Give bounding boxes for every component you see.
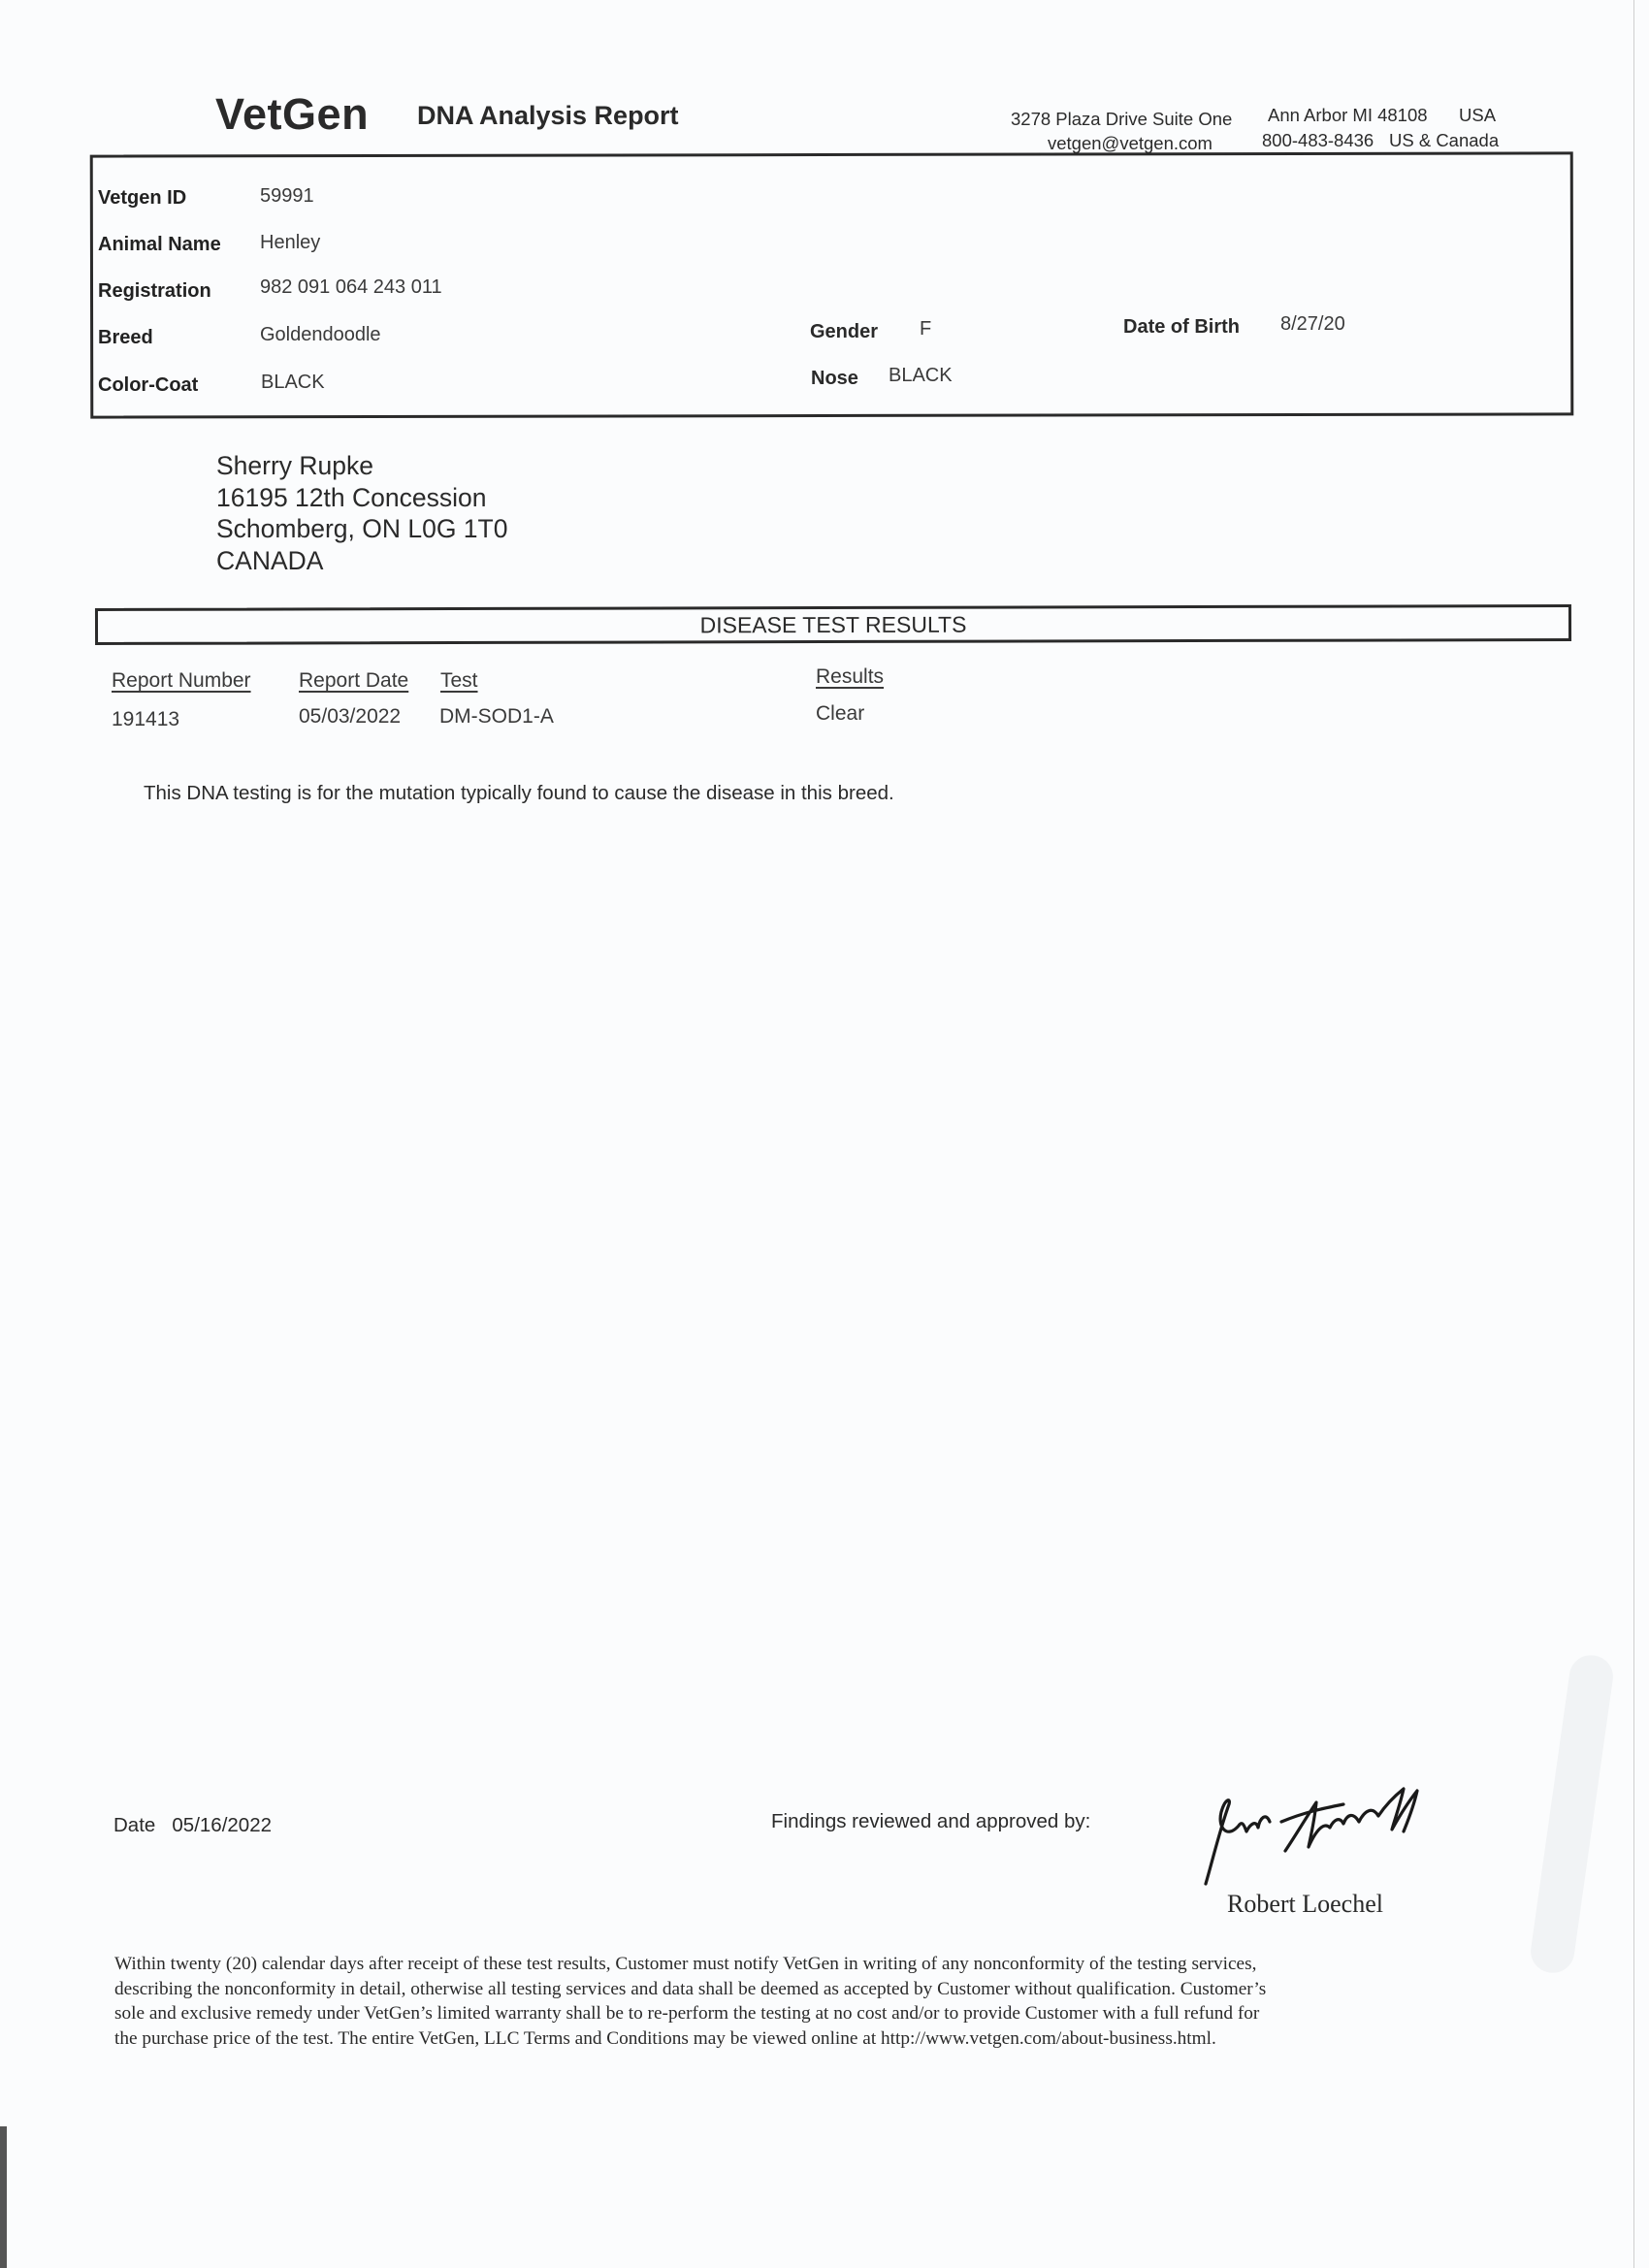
owner-city: Schomberg, ON L0G 1T0 [216, 513, 507, 545]
nose-label: Nose [811, 368, 858, 390]
document-title: DNA Analysis Report [417, 101, 679, 131]
color-coat-label: Color-Coat [98, 374, 198, 397]
report-number-cell: 191413 [112, 708, 179, 731]
nose-value: BLACK [889, 365, 953, 387]
vetgen-id-value: 59991 [260, 185, 314, 208]
company-email[interactable]: vetgen@vetgen.com [1048, 133, 1212, 154]
legal-line: the purchase price of the test. The enti… [114, 2026, 1405, 2052]
owner-street: 16195 12th Concession [216, 482, 507, 514]
registration-label: Registration [98, 280, 211, 303]
date-of-birth-label: Date of Birth [1123, 316, 1240, 339]
scan-edge-shadow [0, 2126, 7, 2268]
company-logo: VetGen [215, 89, 369, 140]
scan-smudge [1528, 1652, 1615, 1975]
test-cell: DM-SOD1-A [439, 705, 554, 729]
owner-name: Sherry Rupke [216, 450, 507, 482]
owner-address: Sherry Rupke 16195 12th Concession Schom… [216, 450, 507, 576]
color-coat-value: BLACK [261, 372, 325, 394]
signer-name: Robert Loechel [1227, 1890, 1383, 1919]
testing-note: This DNA testing is for the mutation typ… [144, 782, 894, 805]
company-phone-region: US & Canada [1389, 130, 1499, 151]
column-header-results: Results [816, 665, 884, 689]
column-header-report-number: Report Number [112, 669, 251, 693]
company-city: Ann Arbor MI 48108 [1268, 105, 1428, 126]
animal-name-label: Animal Name [98, 234, 221, 256]
date-value: 05/16/2022 [172, 1814, 272, 1836]
company-phone: 800-483-8436 [1262, 130, 1374, 151]
company-country: USA [1459, 105, 1496, 126]
legal-line: Within twenty (20) calendar days after r… [114, 1952, 1405, 1977]
column-header-report-date: Report Date [299, 669, 408, 693]
breed-value: Goldendoodle [260, 324, 381, 346]
legal-disclaimer: Within twenty (20) calendar days after r… [114, 1952, 1405, 2051]
registration-value: 982 091 064 243 011 [260, 276, 442, 299]
legal-line: describing the nonconformity in detail, … [114, 1977, 1405, 2002]
owner-country: CANADA [216, 545, 507, 577]
date-label: Date [113, 1814, 155, 1836]
report-date-footer: Date 05/16/2022 [113, 1814, 272, 1837]
company-street: 3278 Plaza Drive Suite One [1011, 109, 1232, 130]
result-cell: Clear [816, 702, 864, 726]
legal-line: sole and exclusive remedy under VetGen’s… [114, 2001, 1405, 2026]
animal-name-value: Henley [260, 232, 320, 254]
disease-results-title: DISEASE TEST RESULTS [700, 612, 967, 638]
gender-value: F [920, 318, 931, 340]
disease-results-header: DISEASE TEST RESULTS [95, 604, 1571, 645]
date-of-birth-value: 8/27/20 [1280, 313, 1345, 336]
breed-label: Breed [98, 327, 153, 349]
approval-text: Findings reviewed and approved by: [771, 1810, 1090, 1833]
column-header-test: Test [440, 669, 478, 693]
signature-icon [1188, 1783, 1460, 1890]
gender-label: Gender [810, 321, 878, 343]
scan-edge-line [1633, 0, 1634, 2268]
vetgen-id-label: Vetgen ID [98, 187, 186, 210]
report-date-cell: 05/03/2022 [299, 705, 401, 729]
